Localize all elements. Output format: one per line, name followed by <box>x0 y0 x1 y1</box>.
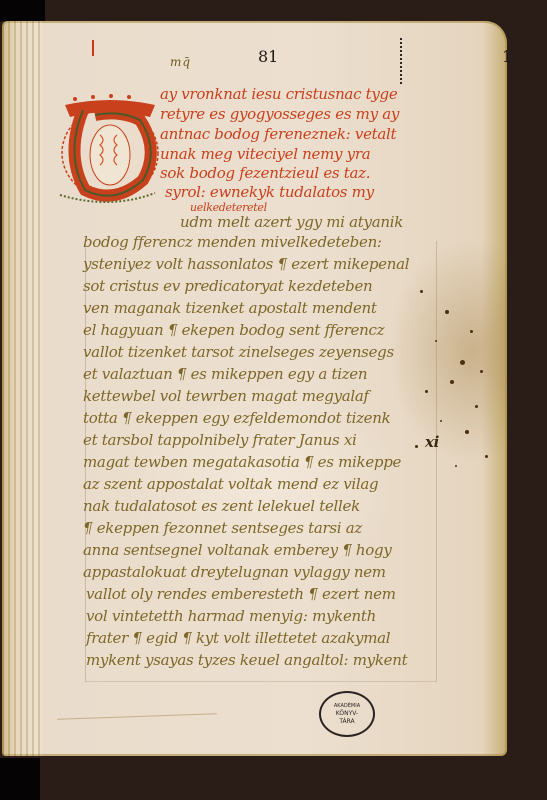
text-line: ven maganak tizenket apostalt mendent <box>83 298 377 318</box>
scan-border-top-left <box>0 0 45 22</box>
library-stamp: AKADÉMIA KÖNYV- TÁRA <box>319 691 375 737</box>
folio-number-top: 81 <box>258 47 278 66</box>
decorated-initial-d <box>55 85 165 205</box>
text-line: vol vintetetth harmad menyig: mykenth <box>86 606 376 626</box>
text-line: frater ¶ egid ¶ kyt volt illettetet azak… <box>86 628 390 648</box>
text-line: kettewbel vol tewrben magat megyalaf <box>83 386 369 406</box>
text-line: appastalokuat dreytelugnan vylaggy nem <box>83 562 386 582</box>
text-line: el hagyuan ¶ ekepen bodog sent fferencz <box>83 320 384 340</box>
text-line: antnac bodog fereneznek: vetalt <box>160 124 396 144</box>
stamp-line-1: KÖNYV- <box>336 710 358 718</box>
red-margin-mark <box>92 40 94 56</box>
text-line: vallot tizenket tarsot zinelseges zeyens… <box>83 342 394 362</box>
text-line: sot cristus ev predicatoryat kezdeteben <box>83 276 372 296</box>
initial-letter-icon <box>55 85 165 205</box>
text-line: nak tudalatosot es zent lelekuel tellek <box>83 496 360 516</box>
foxing-stains <box>400 280 500 480</box>
text-line: et tarsbol tappolnibely frater Janus xi <box>83 430 357 450</box>
ink-dash-mark <box>400 38 404 84</box>
text-line: ysteniyez volt hassonlatos ¶ ezert mikep… <box>83 254 409 274</box>
text-line: unak meg viteciyel nemy yra <box>160 144 370 164</box>
parchment-crease <box>57 713 217 721</box>
text-line: totta ¶ ekeppen egy ezfeldemondot tizenk <box>83 408 390 428</box>
text-line: bodog fferencz menden mivelkedeteben: <box>83 232 382 252</box>
shelfmark-note: mq̄ <box>170 55 191 69</box>
text-line: udm melt azert ygy mi atyanik <box>180 212 403 232</box>
text-line: retyre es gyogyosseges es my ay <box>160 104 399 124</box>
text-line: ¶ ekeppen fezonnet sentseges tarsi az <box>83 518 362 538</box>
text-line: az szent appostalat voltak mend ez vilag <box>83 474 378 494</box>
scan-border-bottom-left <box>0 758 40 800</box>
folio-number-corner: 1 <box>502 47 512 66</box>
text-line: magat tewben megatakasotia ¶ es mikeppe <box>83 452 401 472</box>
text-line: mykent ysayas tyzes keuel angaltol: myke… <box>86 650 407 670</box>
stamp-ring-text: AKADÉMIA <box>334 702 360 710</box>
text-line: vallot oly rendes emberesteth ¶ ezert ne… <box>86 584 396 604</box>
text-line: ay vronknat iesu cristusnac tyge <box>160 84 397 104</box>
text-line: et valaztuan ¶ es mikeppen egy a tizen <box>83 364 367 384</box>
text-line: sok bodog fezentzieul es taz. <box>160 163 370 183</box>
stamp-line-2: TÁRA <box>339 718 354 726</box>
text-line: anna sentsegnel voltanak emberey ¶ hogy <box>83 540 392 560</box>
